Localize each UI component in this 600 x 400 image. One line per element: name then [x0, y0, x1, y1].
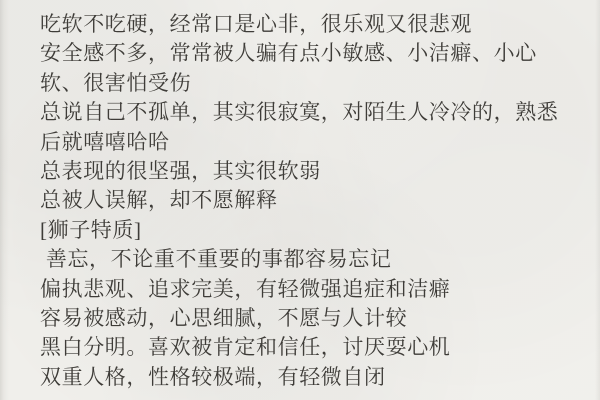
document-text: 吃软不吃硬，经常口是心非，很乐观又很悲观 安全感不多，常常被人骗有点小敏感、小洁…: [40, 10, 572, 392]
text-line: 软、很害怕受伤: [40, 69, 572, 98]
paper-page: 吃软不吃硬，经常口是心非，很乐观又很悲观 安全感不多，常常被人骗有点小敏感、小洁…: [0, 0, 600, 400]
text-line: 容易被感动，心思细腻，不愿与人计较: [40, 304, 572, 333]
text-line: 总表现的很坚强，其实很软弱: [40, 157, 572, 186]
text-line: 黑白分明。喜欢被肯定和信任，讨厌耍心机: [40, 333, 572, 362]
text-line: 偏执悲观、追求完美，有轻微强追症和洁癖: [40, 275, 572, 304]
text-line: 总被人误解，却不愿解释: [40, 186, 572, 215]
text-line-clipped: 双重人格，性格较极端，有轻微自闭: [40, 363, 572, 392]
section-header: [狮子特质]: [40, 216, 572, 245]
text-line: 总说自己不孤单，其实很寂寞，对陌生人冷冷的，熟悉: [40, 98, 572, 127]
text-line: 善忘，不论重不重要的事都容易忘记: [40, 245, 572, 274]
text-line: 安全感不多，常常被人骗有点小敏感、小洁癖、小心: [40, 39, 572, 68]
text-line: 吃软不吃硬，经常口是心非，很乐观又很悲观: [40, 10, 572, 39]
text-line: 后就嘻嘻哈哈: [40, 128, 572, 157]
